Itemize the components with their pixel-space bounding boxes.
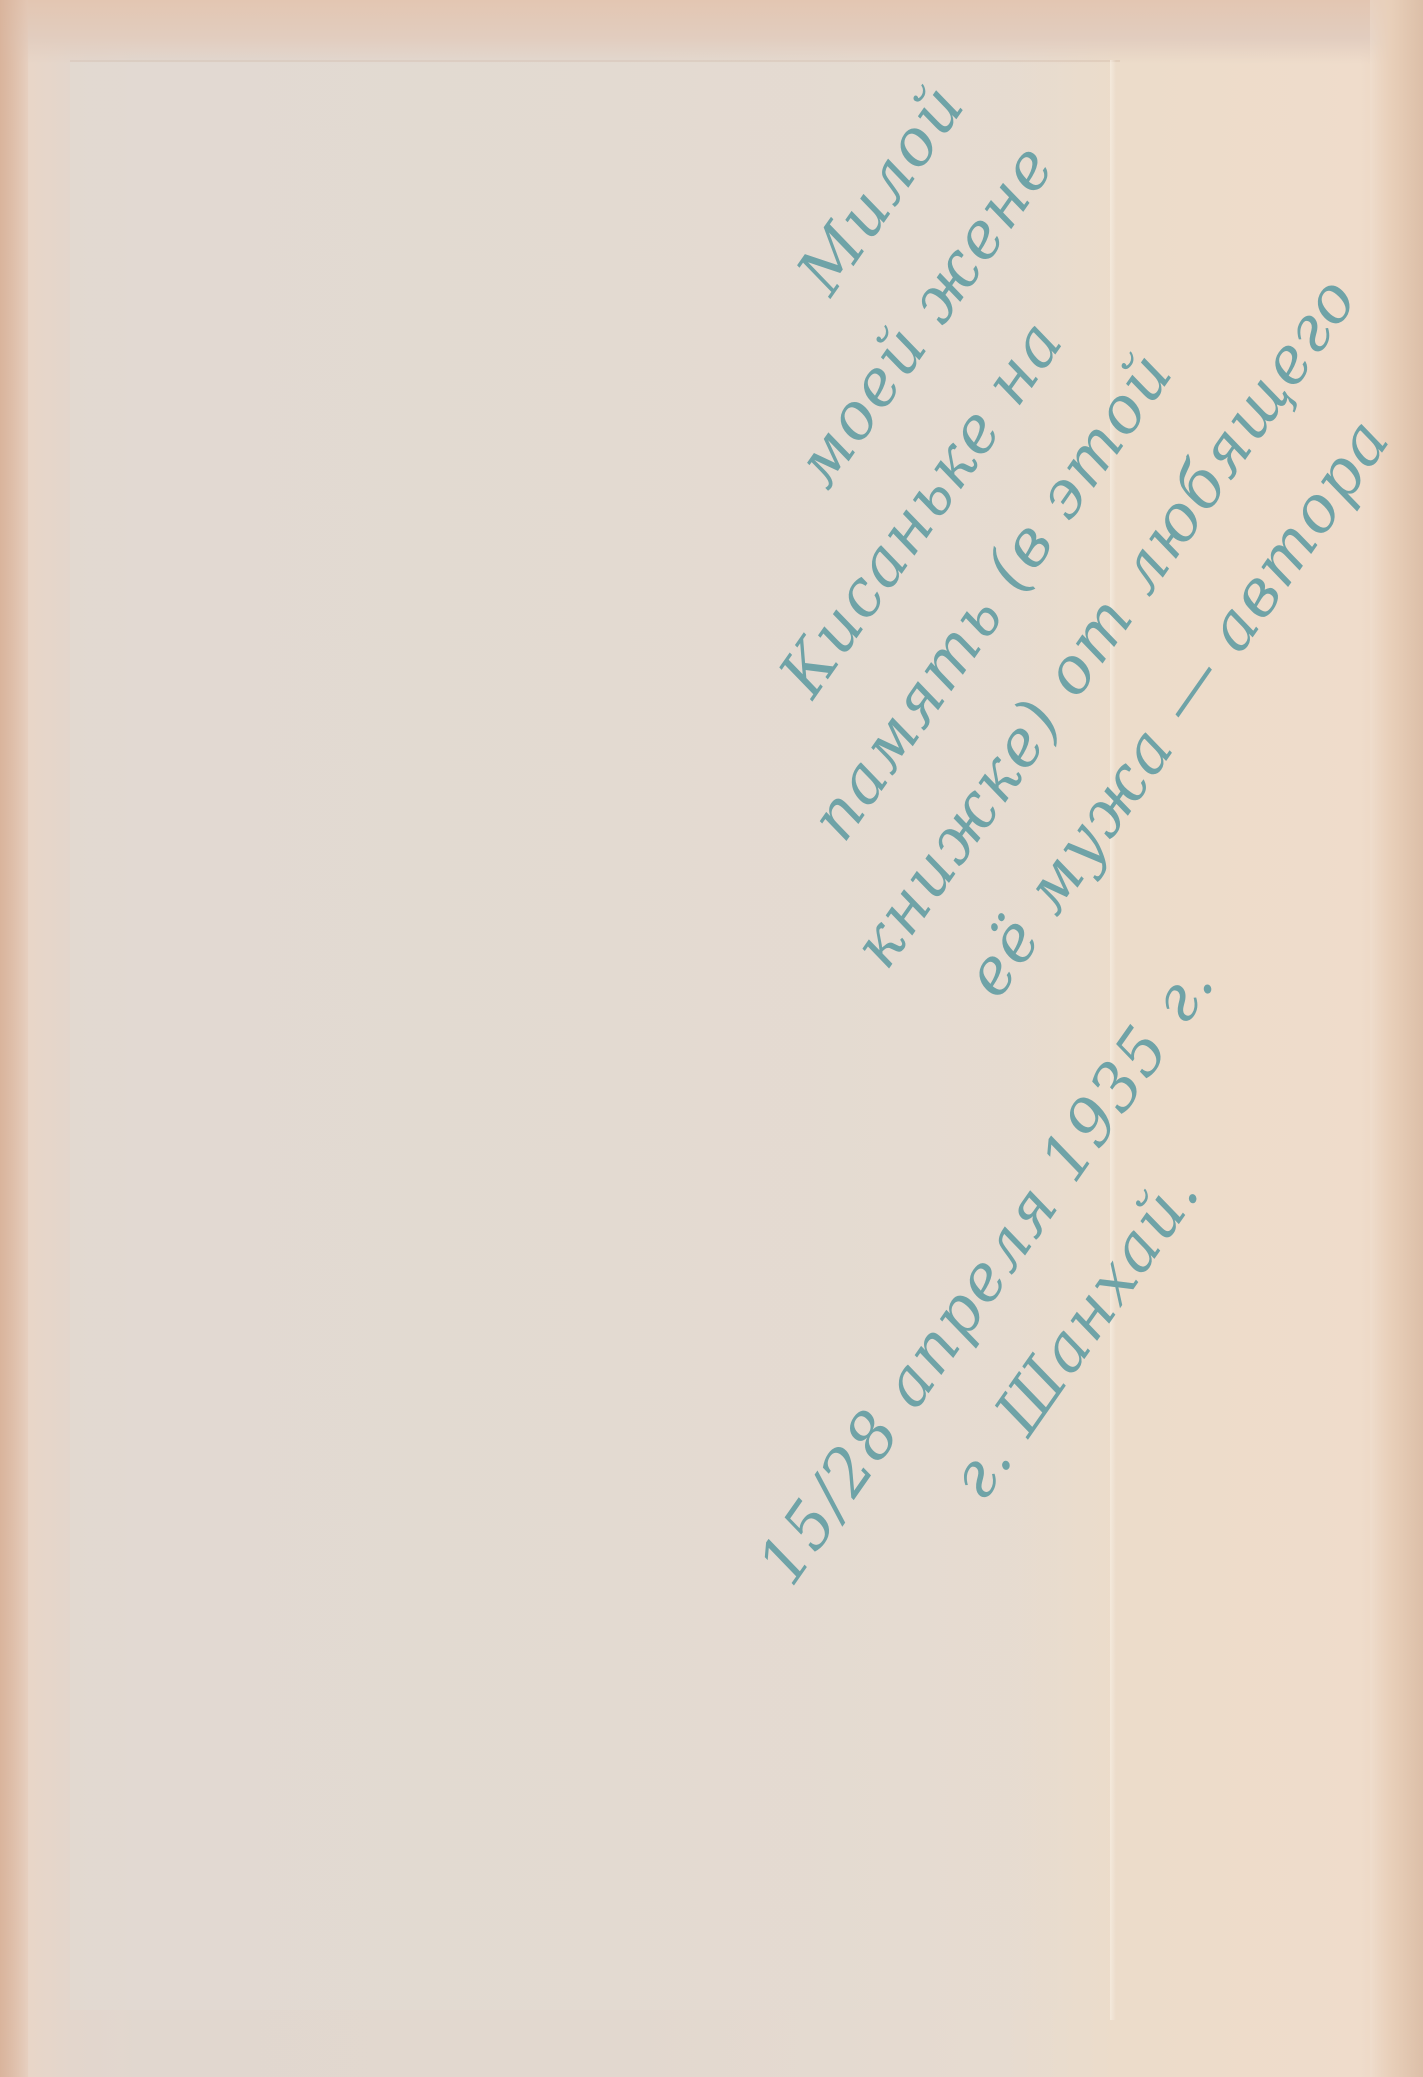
page-top-edge: [0, 0, 1423, 64]
binding-edge-left: [0, 0, 28, 2077]
paper-page: Милой моей жене Кисаньке на память (в эт…: [0, 0, 1423, 2077]
